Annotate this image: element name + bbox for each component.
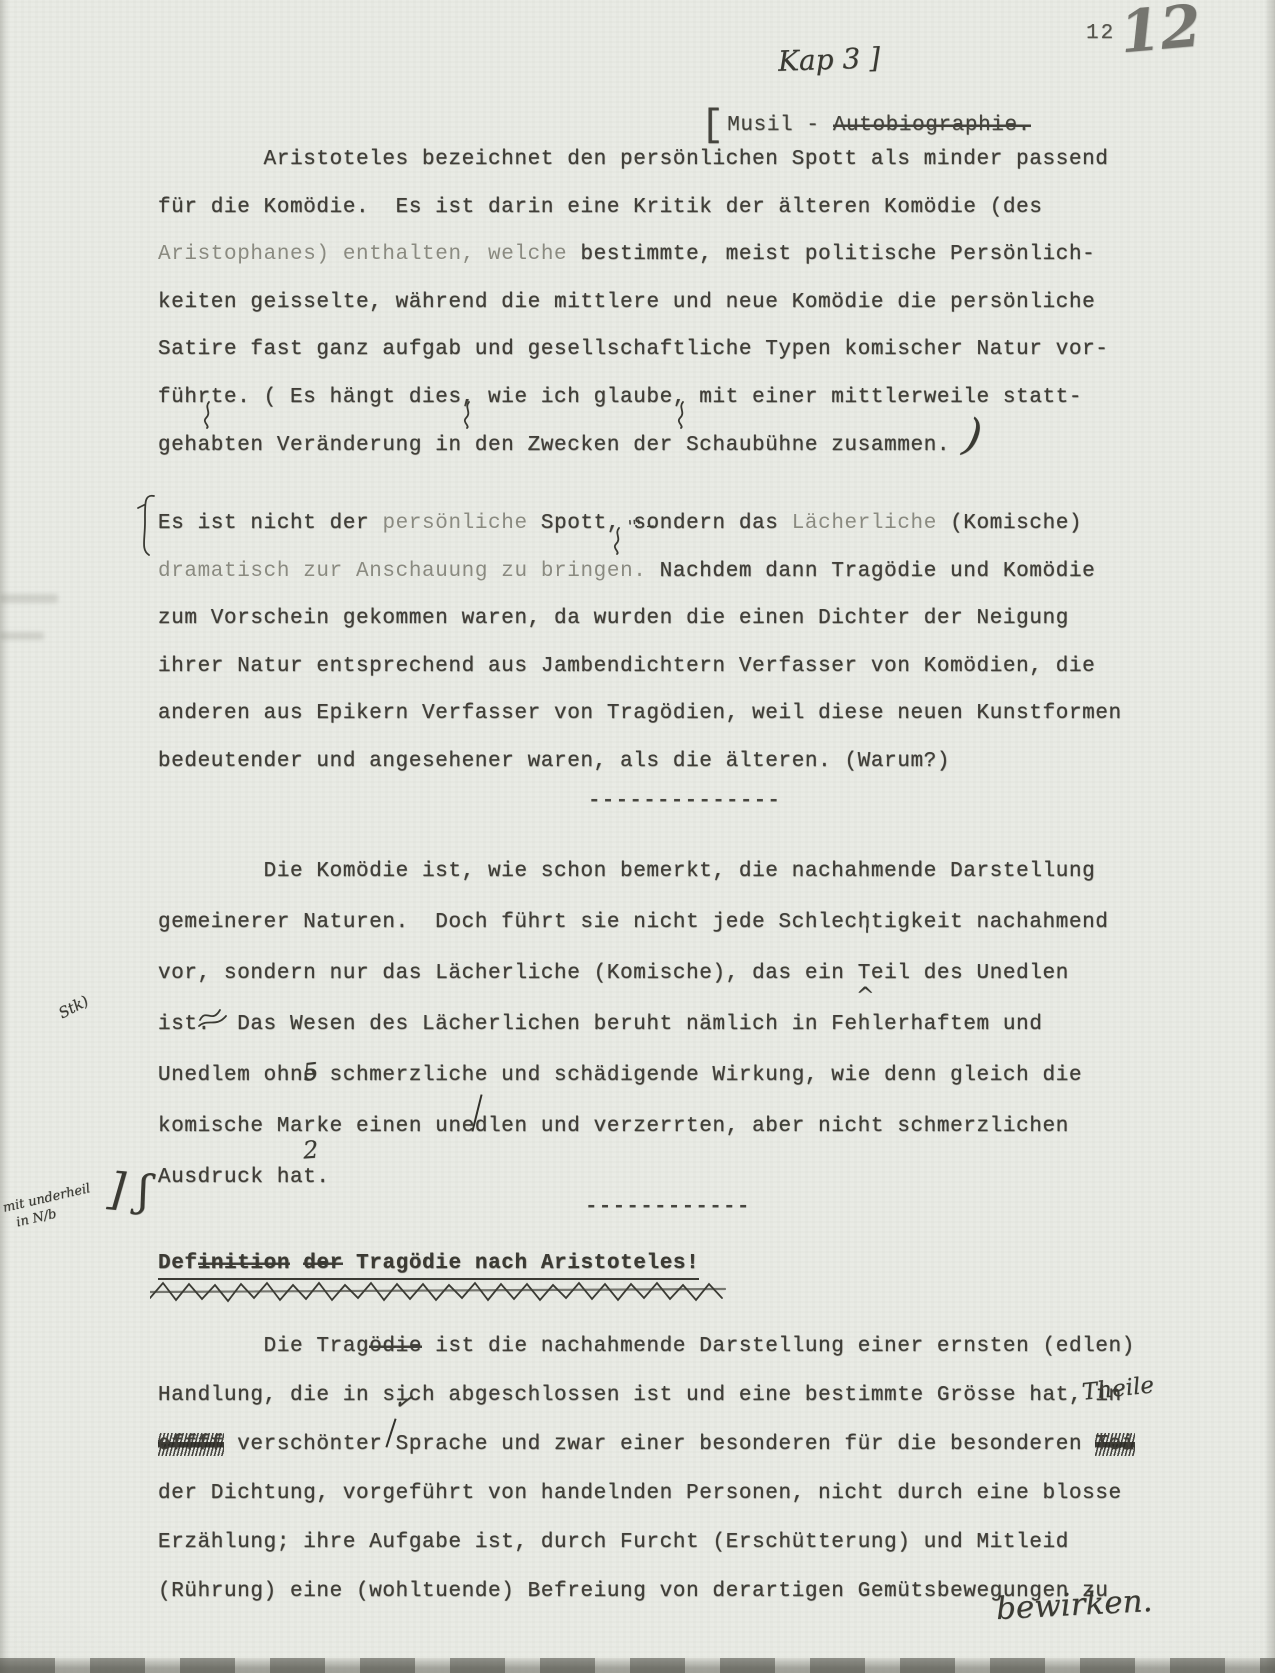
typed-line: Die Tragödie ist die nachahmende Darstel… (158, 1322, 1168, 1371)
typed-line: Handlung, die in sich abgeschlossen ist … (158, 1371, 1168, 1420)
ist-correction-scribble (196, 1000, 230, 1032)
typed-line: ihrer Natur entsprechend aus Jambendicht… (158, 643, 1168, 691)
typed-line: gehabten Veränderung in den Zwecken der … (158, 422, 1168, 470)
separator-1: -------------- (158, 790, 1275, 813)
title-main: Musil - (727, 114, 833, 137)
typed-line: führte. ( Es hängt dies, wie ich glaube,… (158, 374, 1168, 422)
manuscript-page: 12 [Musil - Autobiographie. Aristoteles … (0, 0, 1275, 1673)
hand-teil-tick: ' (864, 926, 870, 948)
hand-maske-2: 2 (302, 1137, 319, 1162)
paragraph-2: Es ist nicht der persönliche Spott, sond… (158, 500, 1168, 785)
typed-line: ist. Das Wesen des Lächerlichen beruht n… (158, 999, 1168, 1050)
paragraph-4: Die Tragödie ist die nachahmende Darstel… (158, 1322, 1168, 1616)
heading-zigzag-strike (150, 1278, 735, 1308)
typed-line: Aristophanes) enthalten, welche bestimmt… (158, 231, 1168, 279)
typed-line: vor, sondern nur das Lächerliche (Komisc… (158, 948, 1168, 999)
paper-edge-right (1264, 0, 1275, 1673)
typed-page-number: 12 (1086, 22, 1115, 45)
section-heading: Definition der Tragödie nach Aristoteles… (158, 1252, 699, 1280)
heading-text: Definition der Tragödie nach Aristoteles… (158, 1252, 699, 1280)
typed-line: Es ist nicht der persönliche Spott, sond… (158, 500, 1168, 548)
typed-separator: ------------ (585, 1196, 751, 1219)
typed-line: anderen aus Epikern Verfasser von Tragöd… (158, 690, 1168, 738)
margin-insert-bracket (136, 492, 158, 558)
hand-teil-caret: ^ (856, 986, 874, 1008)
typed-line: bedeutender und angesehener waren, als d… (158, 738, 1168, 786)
scan-bottom-edge (0, 1658, 1275, 1673)
typed-line: Die Komödie ist, wie schon bemerkt, die … (158, 846, 1168, 897)
typed-line: Aristoteles bezeichnet den persönlichen … (158, 136, 1168, 184)
paper-edge-left (0, 0, 9, 1673)
comma-correction-spott (610, 526, 626, 556)
paragraph-1: Aristoteles bezeichnet den persönlichen … (158, 136, 1168, 469)
hand-nachdem-marks: ''' – (627, 517, 654, 535)
typed-line: gemeinerer Naturen. Doch führt sie nicht… (158, 897, 1168, 948)
typed-line: effff verschönter Sprache und zwar einer… (158, 1420, 1168, 1469)
typed-line: zum Vorschein gekommen waren, da wurden … (158, 595, 1168, 643)
title-struck-word: Autobiographie. (833, 114, 1031, 137)
typed-line: keiten geisselte, während die mittlere u… (158, 279, 1168, 327)
hand-check: ✓ (393, 1391, 414, 1415)
hand-margin-bracket: ] (106, 1167, 127, 1212)
typed-line: dramatisch zur Anschauung zu bringen. Na… (158, 548, 1168, 596)
typed-separator: -------------- (588, 790, 781, 813)
comma-correction-fuehrte (200, 400, 216, 430)
hand-margin-esh: ʃ (138, 1170, 149, 1212)
typed-line: Satire fast ganz aufgab und gesellschaft… (158, 326, 1168, 374)
comma-correction-glaube (674, 400, 690, 430)
separator-2: ------------ (158, 1196, 1275, 1219)
hand-bewirken: bewirken. (995, 1586, 1153, 1625)
hand-maske-5: 5 (302, 1059, 320, 1084)
hand-page-number: 12 (1118, 0, 1203, 61)
hand-chapter-note: Kap 3 ] (778, 44, 881, 76)
hand-stk-note: Stk) (56, 994, 91, 1022)
comma-correction-dies (460, 400, 476, 430)
typed-line: für die Komödie. Es ist darin eine Kriti… (158, 184, 1168, 232)
typed-line: der Dichtung, vorgeführt von handelnden … (158, 1469, 1168, 1518)
typed-line: Erzählung; ihre Aufgabe ist, durch Furch… (158, 1518, 1168, 1567)
